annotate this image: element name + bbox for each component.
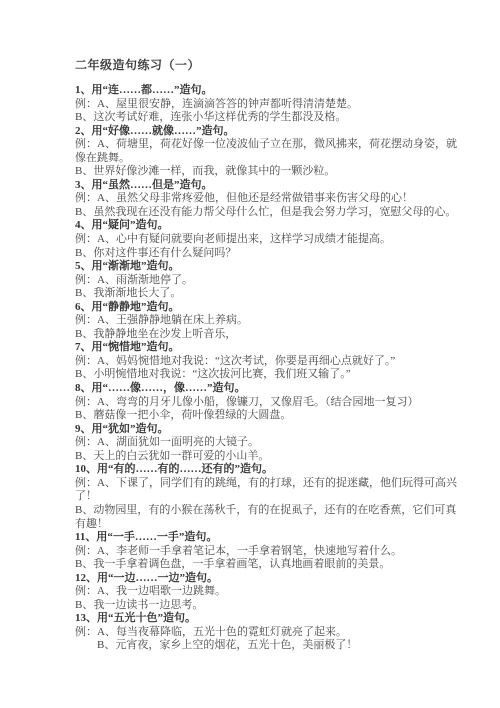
example-line: 了！ (75, 490, 475, 504)
example-line: 例：A、雨渐渐地停了。 (75, 274, 475, 288)
exercise-heading: 13、用“五光十色”造句。 (75, 612, 475, 626)
example-line: B、动物园里，有的小猴在荡秋千，有的在捉虱子，还有的在吃香蕉，它们可真 (75, 504, 475, 518)
example-line: 例：A、心中有疑问就要向老师提出来，这样学习成绩才能提高。 (75, 233, 475, 247)
exercise-heading: 5、用“渐渐地”造句。 (75, 260, 475, 274)
example-line: 例：A、下课了，同学们有的跳绳，有的打球，还有的捉迷藏，他们玩得可高兴 (75, 477, 475, 491)
document-body: 1、用“连……都……”造句。例：A、屋里很安静，连滴滴答答的钟声都听得清清楚楚。… (75, 84, 475, 653)
example-line: B、天上的白云犹如一群可爱的小山羊。 (75, 450, 475, 464)
example-line: B、你对这件事还有什么疑问吗？ (75, 247, 475, 261)
example-line: B、蘑菇像一把小伞，荷叶像碧绿的大圆盘。 (75, 409, 475, 423)
example-line: 例：A、屋里很安静，连滴滴答答的钟声都听得清清楚楚。 (75, 98, 475, 112)
document-page: 二年级造句练习（一） 1、用“连……都……”造句。例：A、屋里很安静，连滴滴答答… (0, 0, 500, 708)
example-line: B、我静静地坐在沙发上听音乐， (75, 328, 475, 342)
example-line: B、我渐渐地长大了。 (75, 287, 475, 301)
exercise-heading: 8、用“……像……，像……”造句。 (75, 382, 475, 396)
example-line: B、我一手拿着调色盘，一手拿着画笔，认真地画着眼前的美景。 (75, 558, 475, 572)
example-line: B、小明惋惜地对我说：“这次拔河比赛，我们班又输了。” (75, 368, 475, 382)
example-line: 有趣！ (75, 518, 475, 532)
example-line: B、我一边读书一边思考。 (75, 599, 475, 613)
example-line: B、元宵夜，家乡上空的烟花，五光十色，美丽极了！ (75, 639, 475, 653)
exercise-heading: 7、用“惋惜地”造句。 (75, 341, 475, 355)
exercise-heading: 9、用“犹如”造句。 (75, 423, 475, 437)
exercise-heading: 12、用“一边……一边”造句。 (75, 572, 475, 586)
example-line: 例：A、每当夜幕降临，五光十色的霓虹灯就亮了起来。 (75, 626, 475, 640)
exercise-heading: 1、用“连……都……”造句。 (75, 84, 475, 98)
exercise-heading: 6、用“静静地”造句。 (75, 301, 475, 315)
example-line: B、虽然我现在还没有能力帮父母什么忙，但是我会努力学习，宽慰父母的心。 (75, 206, 475, 220)
example-line: 例：A、我一边唱歌一边跳舞。 (75, 585, 475, 599)
exercise-heading: 10、用“有的……有的……还有的”造句。 (75, 463, 475, 477)
example-line: B、世界好像沙滩一样，而我，就像其中的一颗沙粒。 (75, 165, 475, 179)
example-line: 例：A、湖面犹如一面明亮的大镜子。 (75, 436, 475, 450)
example-line: 例：A、虽然父母非常疼爱他，但他还是经常做错事来伤害父母的心！ (75, 192, 475, 206)
example-line: 像在跳舞。 (75, 152, 475, 166)
exercise-heading: 2、用“好像……就像……”造句。 (75, 125, 475, 139)
example-line: 例：A、王强静静地躺在床上养病。 (75, 314, 475, 328)
example-line: 例：A、李老师一手拿着笔记本，一手拿着钢笔，快速地写着什么。 (75, 545, 475, 559)
example-line: 例：A、妈妈惋惜地对我说：“这次考试，你要是再细心点就好了。” (75, 355, 475, 369)
page-title: 二年级造句练习（一） (75, 56, 200, 73)
example-line: 例：A、荷塘里，荷花好像一位凌波仙子立在那，微风拂来，荷花摆动身姿，就 (75, 138, 475, 152)
exercise-heading: 11、用“一手……一手”造句。 (75, 531, 475, 545)
exercise-heading: 4、用“疑问”造句。 (75, 219, 475, 233)
example-line: 例：A、弯弯的月牙儿像小船，像镰刀，又像眉毛。（结合园地一复习） (75, 396, 475, 410)
exercise-heading: 3、用“虽然……但是”造句。 (75, 179, 475, 193)
example-line: B、这次考试好难，连张小华这样优秀的学生都没及格。 (75, 111, 475, 125)
